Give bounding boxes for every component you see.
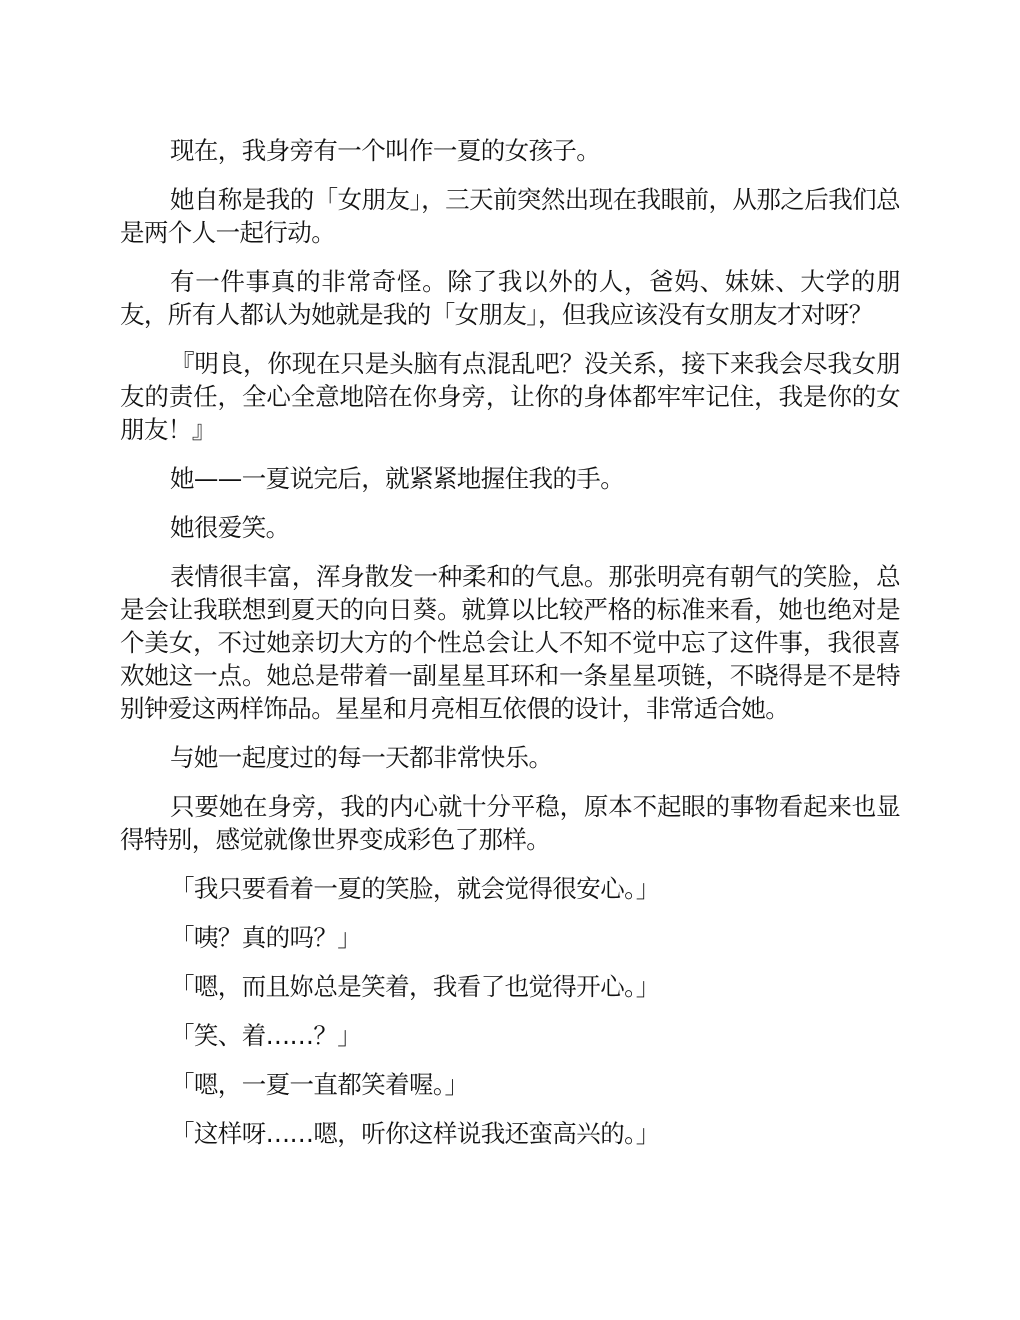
dialog-line-1: 「我只要看着一夏的笑脸，就会觉得很安心。」 xyxy=(120,872,900,905)
paragraph-2: 她自称是我的「女朋友」，三天前突然出现在我眼前，从那之后我们总是两个人一起行动。 xyxy=(120,183,900,249)
paragraph-7: 表情很丰富，浑身散发一种柔和的气息。那张明亮有朝气的笑脸，总是会让我联想到夏天的… xyxy=(120,560,900,725)
paragraph-4-quote: 『明良，你现在只是头脑有点混乱吧？没关系，接下来我会尽我女朋友的责任，全心全意地… xyxy=(120,347,900,446)
dialog-line-5: 「嗯，一夏一直都笑着喔。」 xyxy=(120,1068,900,1101)
dialog-line-6: 「这样呀……嗯，听你这样说我还蛮高兴的。」 xyxy=(120,1117,900,1150)
paragraph-1: 现在，我身旁有一个叫作一夏的女孩子。 xyxy=(120,134,900,167)
dialog-line-4: 「笑、着……？」 xyxy=(120,1019,900,1052)
paragraph-9: 只要她在身旁，我的内心就十分平稳，原本不起眼的事物看起来也显得特别，感觉就像世界… xyxy=(120,790,900,856)
paragraph-5: 她——一夏说完后，就紧紧地握住我的手。 xyxy=(120,462,900,495)
dialog-line-3: 「嗯，而且妳总是笑着，我看了也觉得开心。」 xyxy=(120,970,900,1003)
dialog-line-2: 「咦？真的吗？」 xyxy=(120,921,900,954)
paragraph-6: 她很爱笑。 xyxy=(120,511,900,544)
paragraph-8: 与她一起度过的每一天都非常快乐。 xyxy=(120,741,900,774)
paragraph-3: 有一件事真的非常奇怪。除了我以外的人，爸妈、妹妹、大学的朋友，所有人都认为她就是… xyxy=(120,265,900,331)
document-page: 现在，我身旁有一个叫作一夏的女孩子。 她自称是我的「女朋友」，三天前突然出现在我… xyxy=(120,134,900,1166)
